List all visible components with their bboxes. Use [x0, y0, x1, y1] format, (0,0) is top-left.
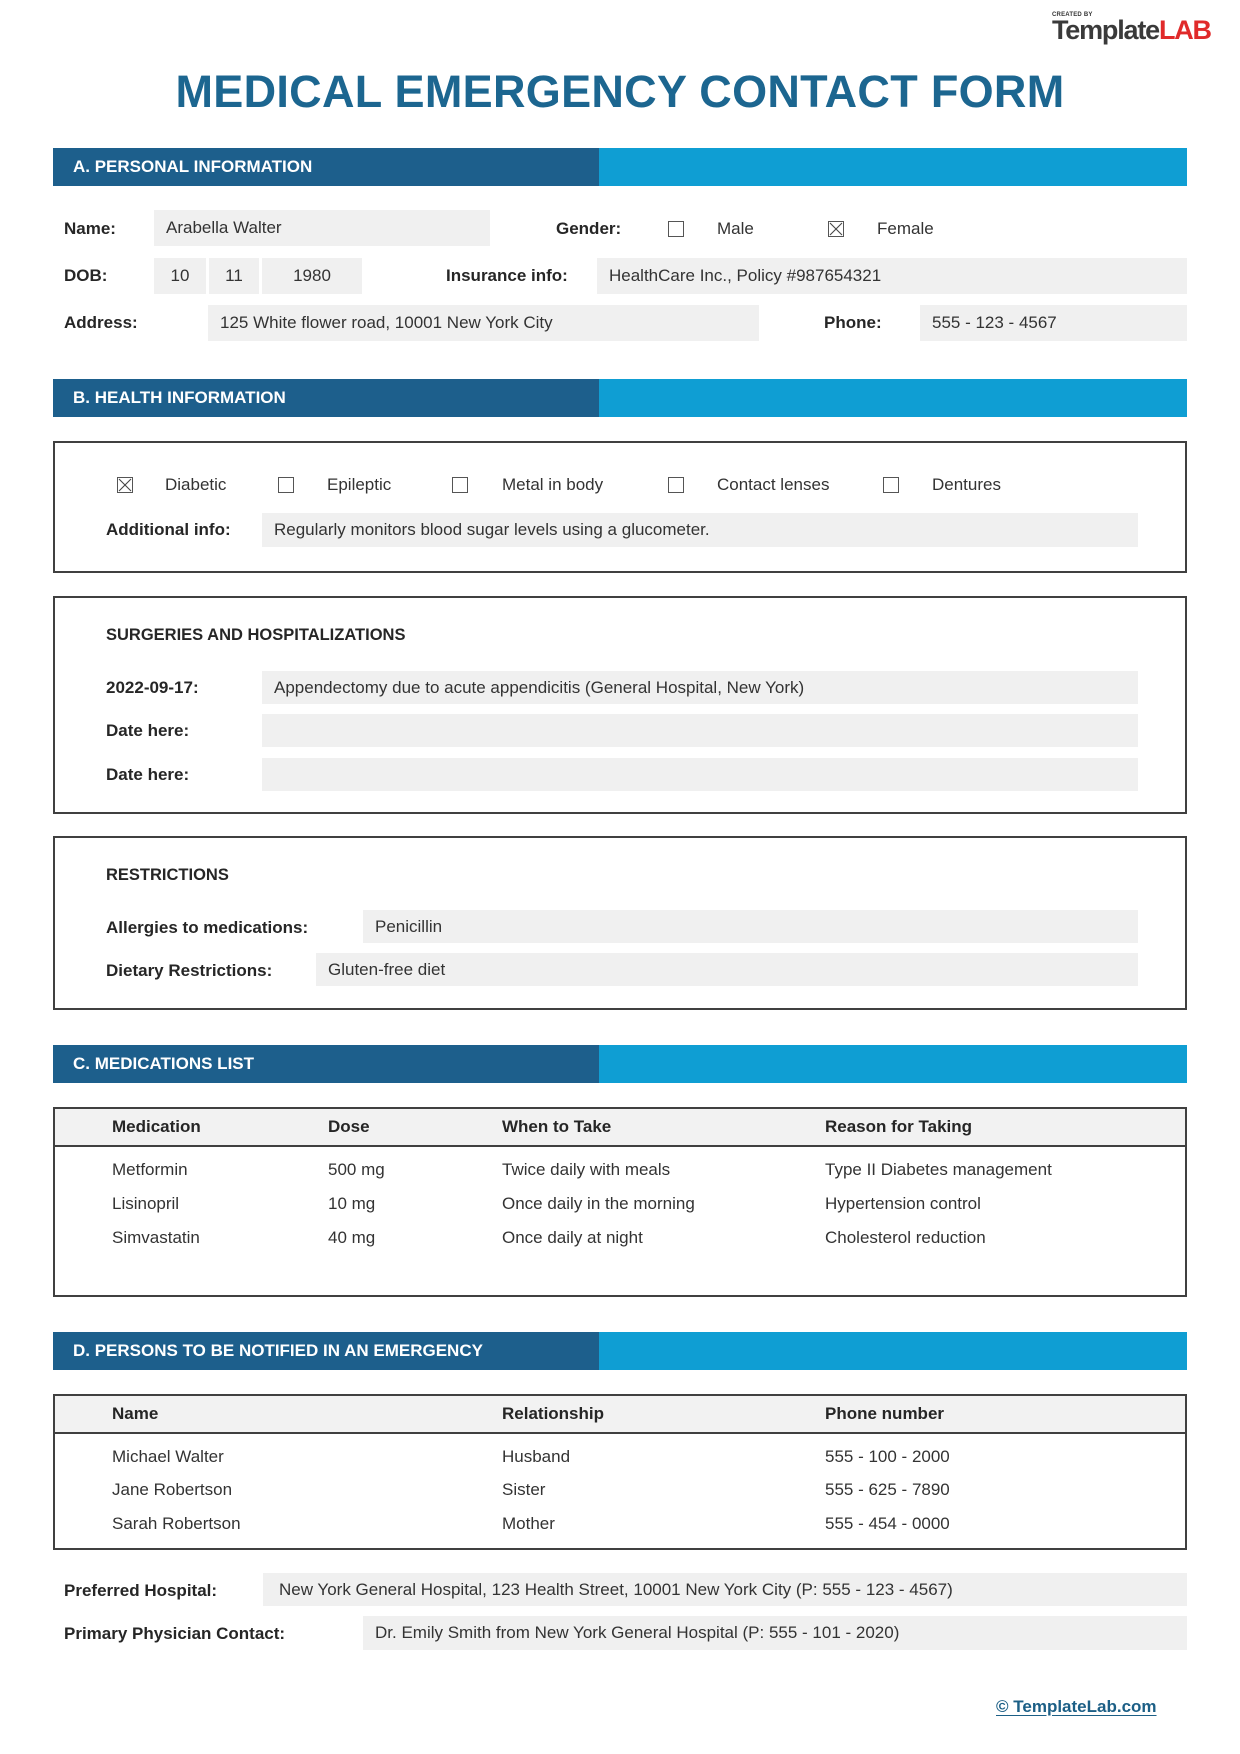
- physician-contact-label: Primary Physician Contact:: [64, 1624, 285, 1644]
- page-title: MEDICAL EMERGENCY CONTACT FORM: [0, 66, 1240, 118]
- additional-info-field[interactable]: Regularly monitors blood sugar levels us…: [262, 513, 1138, 547]
- table-cell: 10 mg: [328, 1194, 375, 1214]
- table-cell: Once daily in the morning: [502, 1194, 695, 1214]
- checked-x-icon: [118, 478, 132, 492]
- section-title: C. MEDICATIONS LIST: [73, 1045, 254, 1083]
- surgeries-title: SURGERIES AND HOSPITALIZATIONS: [106, 626, 405, 645]
- table-cell: Sarah Robertson: [112, 1514, 241, 1534]
- address-field[interactable]: 125 White flower road, 10001 New York Ci…: [208, 305, 759, 341]
- logo-brand: TemplateLAB: [1052, 17, 1211, 44]
- allergies-field[interactable]: Penicillin: [363, 910, 1138, 943]
- address-label: Address:: [64, 313, 138, 333]
- section-title: B. HEALTH INFORMATION: [73, 379, 286, 417]
- dob-day-field[interactable]: 11: [209, 258, 259, 294]
- condition-contacts-label: Contact lenses: [717, 475, 829, 495]
- table-cell: Twice daily with meals: [502, 1160, 670, 1180]
- gender-female-checkbox[interactable]: [828, 221, 844, 237]
- section-header-emergency: D. PERSONS TO BE NOTIFIED IN AN EMERGENC…: [53, 1332, 1187, 1370]
- section-title: D. PERSONS TO BE NOTIFIED IN AN EMERGENC…: [73, 1332, 483, 1370]
- section-header-health: B. HEALTH INFORMATION: [53, 379, 1187, 417]
- table-cell: 40 mg: [328, 1228, 375, 1248]
- column-header: Name: [112, 1404, 158, 1424]
- health-conditions-box: [53, 441, 1187, 573]
- condition-dentures-checkbox[interactable]: [883, 477, 899, 493]
- surgery-entry-field[interactable]: Appendectomy due to acute appendicitis (…: [262, 671, 1138, 704]
- name-label: Name:: [64, 219, 116, 239]
- physician-contact-field[interactable]: Dr. Emily Smith from New York General Ho…: [363, 1616, 1187, 1650]
- insurance-label: Insurance info:: [446, 266, 568, 286]
- table-cell: Jane Robertson: [112, 1480, 232, 1500]
- table-cell: 500 mg: [328, 1160, 385, 1180]
- dietary-label: Dietary Restrictions:: [106, 961, 272, 981]
- gender-male-label: Male: [717, 219, 754, 239]
- gender-label: Gender:: [556, 219, 621, 239]
- table-cell: 555 - 454 - 0000: [825, 1514, 950, 1534]
- dob-year-field[interactable]: 1980: [262, 258, 362, 294]
- table-cell: Mother: [502, 1514, 555, 1534]
- column-header: When to Take: [502, 1117, 611, 1137]
- preferred-hospital-field[interactable]: New York General Hospital, 123 Health St…: [263, 1573, 1187, 1606]
- column-header: Relationship: [502, 1404, 604, 1424]
- dob-label: DOB:: [64, 266, 107, 286]
- column-header: Reason for Taking: [825, 1117, 972, 1137]
- table-cell: Husband: [502, 1447, 570, 1467]
- dietary-field[interactable]: Gluten-free diet: [316, 953, 1138, 986]
- templatelab-logo: CREATED BY TemplateLAB: [1052, 10, 1212, 46]
- table-cell: Once daily at night: [502, 1228, 643, 1248]
- surgery-date-label: Date here:: [106, 721, 189, 741]
- checked-x-icon: [829, 222, 843, 236]
- condition-epileptic-label: Epileptic: [327, 475, 391, 495]
- column-header: Dose: [328, 1117, 370, 1137]
- condition-epileptic-checkbox[interactable]: [278, 477, 294, 493]
- section-title: A. PERSONAL INFORMATION: [73, 148, 312, 186]
- restrictions-title: RESTRICTIONS: [106, 866, 229, 885]
- gender-male-checkbox[interactable]: [668, 221, 684, 237]
- preferred-hospital-label: Preferred Hospital:: [64, 1581, 217, 1601]
- allergies-label: Allergies to medications:: [106, 918, 308, 938]
- templatelab-link[interactable]: © TemplateLab.com: [996, 1697, 1157, 1717]
- column-header: Medication: [112, 1117, 201, 1137]
- section-header-personal: A. PERSONAL INFORMATION: [53, 148, 1187, 186]
- surgery-date-label: Date here:: [106, 765, 189, 785]
- insurance-field[interactable]: HealthCare Inc., Policy #987654321: [597, 258, 1187, 294]
- table-cell: Lisinopril: [112, 1194, 179, 1214]
- column-header: Phone number: [825, 1404, 944, 1424]
- name-field[interactable]: Arabella Walter: [154, 210, 490, 246]
- surgery-entry-field[interactable]: [262, 714, 1138, 747]
- table-cell: Hypertension control: [825, 1194, 981, 1214]
- condition-diabetic-checkbox[interactable]: [117, 477, 133, 493]
- table-cell: Sister: [502, 1480, 545, 1500]
- condition-metal-checkbox[interactable]: [452, 477, 468, 493]
- table-cell: Metformin: [112, 1160, 188, 1180]
- table-header: [55, 1396, 1185, 1434]
- section-header-medications: C. MEDICATIONS LIST: [53, 1045, 1187, 1083]
- surgery-entry-field[interactable]: [262, 758, 1138, 791]
- phone-label: Phone:: [824, 313, 882, 333]
- table-cell: Cholesterol reduction: [825, 1228, 986, 1248]
- dob-month-field[interactable]: 10: [154, 258, 206, 294]
- condition-metal-label: Metal in body: [502, 475, 603, 495]
- surgery-date-label: 2022-09-17:: [106, 678, 199, 698]
- table-cell: Simvastatin: [112, 1228, 200, 1248]
- additional-info-label: Additional info:: [106, 520, 231, 540]
- condition-dentures-label: Dentures: [932, 475, 1001, 495]
- table-header: [55, 1109, 1185, 1147]
- table-cell: Michael Walter: [112, 1447, 224, 1467]
- gender-female-label: Female: [877, 219, 934, 239]
- table-cell: 555 - 625 - 7890: [825, 1480, 950, 1500]
- table-cell: Type II Diabetes management: [825, 1160, 1052, 1180]
- table-cell: 555 - 100 - 2000: [825, 1447, 950, 1467]
- condition-diabetic-label: Diabetic: [165, 475, 226, 495]
- condition-contacts-checkbox[interactable]: [668, 477, 684, 493]
- phone-field[interactable]: 555 - 123 - 4567: [920, 305, 1187, 341]
